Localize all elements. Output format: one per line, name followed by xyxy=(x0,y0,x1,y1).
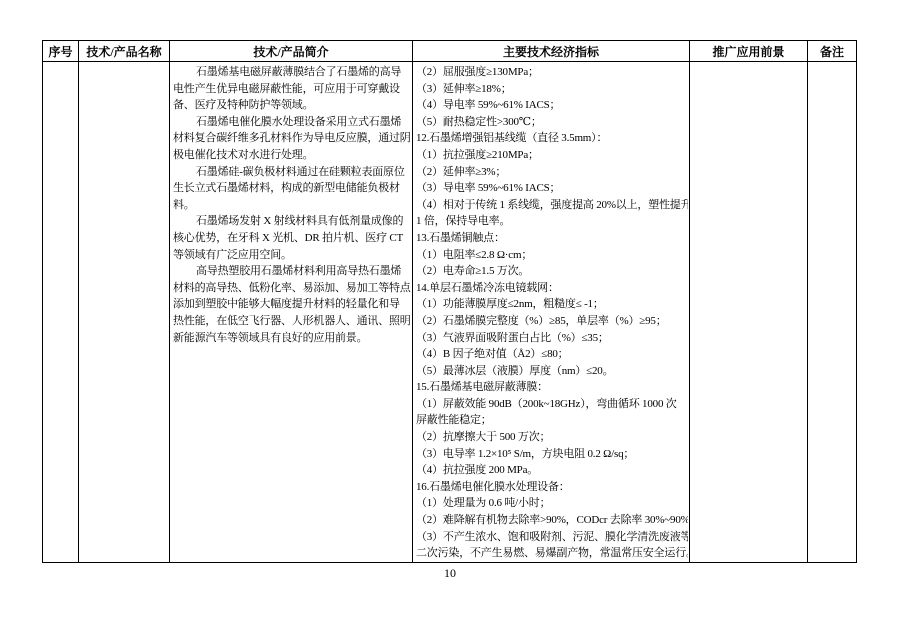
indicator-line: 12.石墨烯增强铝基线缆（直径 3.5mm）： xyxy=(416,130,688,147)
indicator-line: （4）导电率 59%~61% IACS； xyxy=(416,97,688,114)
page-number: 10 xyxy=(0,566,900,581)
intro-line: 热性能，在低空飞行器、人形机器人、通讯、照明、 xyxy=(173,313,411,330)
intro-line: 高导热塑胶用石墨烯材料利用高导热石墨烯 xyxy=(173,263,411,280)
header-application-prospect: 推广应用前景 xyxy=(689,41,807,62)
intro-line: 电性产生优异电磁屏蔽性能，可应用于可穿戴设 xyxy=(173,81,411,98)
cell-product-intro: 石墨烯基电磁屏蔽薄膜结合了石墨烯的高导电性产生优异电磁屏蔽性能，可应用于可穿戴设… xyxy=(169,62,412,562)
cell-tech-indicators: （2）屈服强度≥130MPa；（3）延伸率≥18%；（4）导电率 59%~61%… xyxy=(412,62,689,562)
header-tech-indicators: 主要技术经济指标 xyxy=(412,41,689,62)
indicator-line: （3）不产生浓水、饱和吸附剂、污泥、膜化学清洗废液等 xyxy=(416,529,688,546)
indicator-line: （2）延伸率≥3%； xyxy=(416,164,688,181)
indicator-line: （2）石墨烯膜完整度（%）≥85，单层率（%）≥95； xyxy=(416,313,688,330)
intro-line: 极电催化技术对水进行处理。 xyxy=(173,147,411,164)
intro-line: 等领域有广泛应用空间。 xyxy=(173,247,411,264)
indicator-line: 15.石墨烯基电磁屏蔽薄膜： xyxy=(416,379,688,396)
header-serial-number: 序号 xyxy=(43,41,78,62)
intro-line: 石墨烯电催化膜水处理设备采用立式石墨烯 xyxy=(173,114,411,131)
indicator-line: （1）处理量为 0.6 吨/小时； xyxy=(416,495,688,512)
indicator-line: （3）气液界面吸附蛋白占比（%）≤35； xyxy=(416,330,688,347)
indicator-line: 13.石墨烯铜触点： xyxy=(416,230,688,247)
technology-table: 序号 技术/产品名称 技术/产品简介 主要技术经济指标 推广应用前景 备注 石墨… xyxy=(42,40,857,563)
header-remarks: 备注 xyxy=(807,41,856,62)
indicator-line: （3）延伸率≥18%； xyxy=(416,81,688,98)
cell-application-prospect xyxy=(689,62,807,562)
intro-line: 生长立式石墨烯材料，构成的新型电储能负极材 xyxy=(173,180,411,197)
document-page: 序号 技术/产品名称 技术/产品简介 主要技术经济指标 推广应用前景 备注 石墨… xyxy=(0,0,900,636)
cell-remarks xyxy=(807,62,856,562)
indicator-line: （5）耐热稳定性>300℃； xyxy=(416,114,688,131)
indicator-line: （4）B 因子绝对值（Å2）≤80； xyxy=(416,346,688,363)
indicator-line: （2）难降解有机物去除率>90%，CODcr 去除率 30%~90%； xyxy=(416,512,688,529)
cell-product-name xyxy=(78,62,169,562)
indicator-line: （3）导电率 59%~61% IACS； xyxy=(416,180,688,197)
indicator-line: （4）相对于传统 1 系线缆，强度提高 20%以上，塑性提升 xyxy=(416,197,688,214)
indicator-line: （3）电导率 1.2×10⁵ S/m，方块电阻 0.2 Ω/sq； xyxy=(416,446,688,463)
indicator-line: （1）抗拉强度≥210MPa； xyxy=(416,147,688,164)
indicator-line: （2）抗摩擦大于 500 万次； xyxy=(416,429,688,446)
intro-line: 新能源汽车等领域具有良好的应用前景。 xyxy=(173,330,411,347)
indicator-line: （1）电阻率≤2.8 Ω·cm； xyxy=(416,247,688,264)
indicator-line: （5）最薄冰层（液膜）厚度（nm）≤20。 xyxy=(416,363,688,380)
indicator-line: （2）屈服强度≥130MPa； xyxy=(416,64,688,81)
cell-serial-number xyxy=(43,62,78,562)
intro-line: 石墨烯场发射 X 射线材料具有低剂量成像的 xyxy=(173,213,411,230)
indicator-line: （4）抗拉强度 200 MPa。 xyxy=(416,462,688,479)
intro-line: 核心优势，在牙科 X 光机、DR 拍片机、医疗 CT xyxy=(173,230,411,247)
indicator-line: 1 倍，保持导电率。 xyxy=(416,213,688,230)
intro-line: 料。 xyxy=(173,197,411,214)
intro-line: 材料的高导热、低粉化率、易添加、易加工等特点， xyxy=(173,280,411,297)
intro-line: 备、医疗及特种防护等领域。 xyxy=(173,97,411,114)
indicator-line: 16.石墨烯电催化膜水处理设备： xyxy=(416,479,688,496)
indicator-line: 屏蔽性能稳定； xyxy=(416,412,688,429)
intro-line: 石墨烯基电磁屏蔽薄膜结合了石墨烯的高导 xyxy=(173,64,411,81)
header-product-name: 技术/产品名称 xyxy=(78,41,169,62)
intro-line: 石墨烯硅-碳负极材料通过在硅颗粒表面原位 xyxy=(173,164,411,181)
intro-line: 材料复合碳纤维多孔材料作为导电反应膜，通过阴 xyxy=(173,130,411,147)
indicator-line: （1）屏蔽效能 90dB（200k~18GHz），弯曲循环 1000 次 xyxy=(416,396,688,413)
indicator-line: 14.单层石墨烯冷冻电镜载网： xyxy=(416,280,688,297)
intro-line: 添加到塑胶中能够大幅度提升材料的轻量化和导 xyxy=(173,296,411,313)
header-product-intro: 技术/产品简介 xyxy=(169,41,412,62)
indicator-line: （2）电寿命≥1.5 万次。 xyxy=(416,263,688,280)
indicator-line: 二次污染，不产生易燃、易爆副产物，常温常压安全运行。 xyxy=(416,545,688,562)
indicator-line: （1）功能薄膜厚度≤2nm，粗糙度≤ -1； xyxy=(416,296,688,313)
